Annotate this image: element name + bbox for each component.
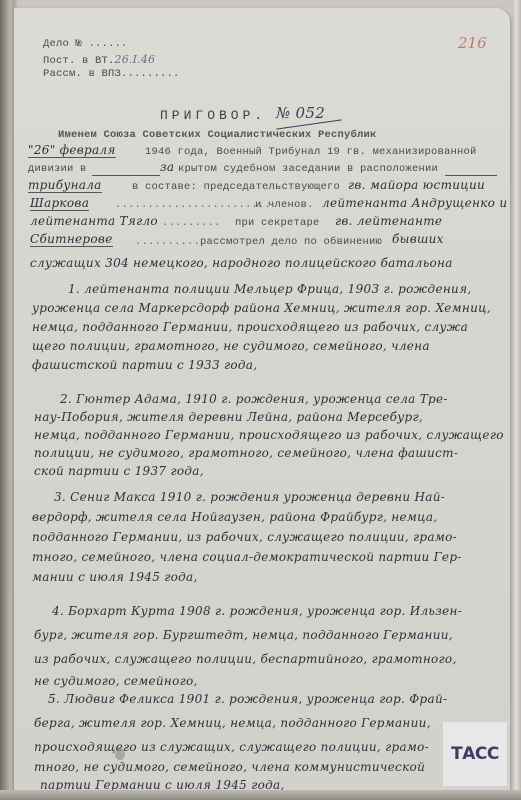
secretary-name: Сбитнерове bbox=[30, 232, 113, 247]
defendant-line: уроженца села Маркерсдорф района Хемниц,… bbox=[32, 301, 491, 315]
defendant-line: щего полиции, грамотного, не судимого, с… bbox=[32, 339, 430, 353]
document-title: ПРИГОВОР. bbox=[160, 108, 266, 123]
preamble-line-7: рассмотрел дело по обвинению bbox=[200, 236, 382, 248]
defendant-line: 1. лейтенанта полиции Мельцер Фрица, 190… bbox=[68, 282, 471, 296]
page-bottom-edge bbox=[0, 790, 521, 800]
preamble-line-3-hand: за bbox=[160, 160, 174, 174]
received-value: 26.I.46 bbox=[115, 53, 156, 66]
defendant-line: не судимого, семейного, bbox=[34, 674, 198, 688]
reviewed-label: Рассм. в ВПЗ. bbox=[43, 68, 128, 80]
archive-page-number: 216 bbox=[458, 34, 487, 52]
defendant-line: тного, семейного, члена социал-демократи… bbox=[32, 550, 462, 564]
received-label: Пост. в ВТ. bbox=[43, 55, 115, 67]
defendant-line: вердорф, жителя села Нойгаузен, района Ф… bbox=[32, 510, 437, 524]
verdict-number: № 052 bbox=[276, 104, 325, 122]
blank-line bbox=[92, 175, 160, 176]
case-label: Дело № bbox=[43, 38, 82, 50]
defendant-line: мании с июля 1945 года, bbox=[32, 570, 198, 584]
defendant-line: немца, подданного Германии, происходящег… bbox=[34, 428, 504, 442]
received-row: Пост. в ВТ.26.I.46 bbox=[43, 53, 155, 67]
preamble-line-3a: дивизии в bbox=[28, 163, 87, 175]
defendant-line: нау-Побория, жителя деревни Лейна, район… bbox=[34, 410, 423, 424]
case-row: Дело № ...... bbox=[43, 38, 128, 50]
members-names: лейтенанта Андрущенко и bbox=[322, 196, 507, 210]
dot-leader: ......... bbox=[162, 217, 221, 229]
defendant-line: ской партии с 1937 года, bbox=[34, 464, 204, 478]
member-name-2: лейтенанта Тягло bbox=[30, 214, 158, 228]
battalion-line: служащих 304 немецкого, народного полице… bbox=[30, 256, 453, 270]
presiding-judge-rank: гв. майора юстиции bbox=[348, 178, 485, 192]
defendant-line: фашистской партии с 1933 года, bbox=[32, 358, 257, 372]
defendant-line: 4. Борхарт Курта 1908 г. рождения, уроже… bbox=[52, 604, 462, 618]
preamble-date: "26" февраля bbox=[28, 143, 116, 158]
tass-watermark-logo: ТАСС bbox=[443, 722, 507, 786]
reviewed-value: ........ bbox=[128, 68, 180, 80]
defendant-line: немца, подданного Германии, происходящег… bbox=[32, 320, 468, 334]
accused-former: бывших bbox=[392, 232, 444, 246]
defendant-line: из рабочих, служащего полиции, беспартий… bbox=[34, 652, 457, 666]
defendant-line: подданного Германии, из рабочих, служаще… bbox=[32, 530, 457, 544]
paper-stain bbox=[115, 748, 125, 760]
defendant-line: 3. Сениг Макса 1910 г. рождения уроженца… bbox=[54, 490, 445, 504]
dot-leader: ........................ bbox=[115, 199, 271, 211]
case-value: ...... bbox=[89, 38, 128, 50]
preamble-line-2: 1946 года, Военный Трибунал 19 гв. механ… bbox=[145, 146, 477, 158]
preamble-line-1: Именем Союза Советских Социалистических … bbox=[58, 129, 377, 141]
defendant-line: тного, не судимого, семейного, члена ком… bbox=[34, 760, 425, 774]
secretary-rank: гв. лейтенанте bbox=[335, 214, 442, 228]
preamble-line-4: в составе: председательствующего bbox=[132, 181, 340, 193]
defendant-line: 2. Гюнтер Адама, 1910 г. рождения, уроже… bbox=[60, 392, 448, 406]
dot-leader: .......... bbox=[135, 236, 200, 248]
defendant-line: происходящего из служащих, служащего пол… bbox=[34, 740, 429, 754]
preamble-line-5: и членов. bbox=[255, 199, 314, 211]
preamble-line-3b: крытом судебном заседании в расположении bbox=[178, 163, 438, 175]
defendant-line: 5. Людвиг Феликса 1901 г. рождения, урож… bbox=[48, 692, 447, 706]
preamble-line-4-hand: трибунала bbox=[28, 178, 102, 193]
defendant-line: полиции, не судимого, грамотного, семейн… bbox=[34, 446, 458, 460]
preamble-line-6: при секретаре bbox=[235, 217, 320, 229]
stacked-pages-edge bbox=[513, 0, 521, 800]
reviewed-row: Рассм. в ВПЗ......... bbox=[43, 68, 180, 80]
defendant-line: берга, жителя гор. Хемниц, немца, поддан… bbox=[34, 716, 431, 730]
defendant-line: бург, жителя гор. Бургштедт, немца, подд… bbox=[34, 628, 453, 642]
blank-line bbox=[445, 175, 497, 176]
presiding-judge-name: Шаркова bbox=[30, 196, 89, 211]
